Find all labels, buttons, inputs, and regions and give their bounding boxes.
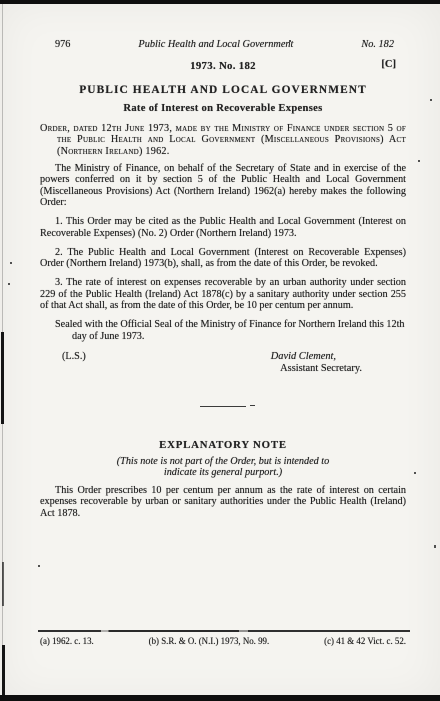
signature: David Clement, Assistant Secretary. <box>271 351 362 375</box>
article-2: 2. The Public Health and Local Governmen… <box>40 247 406 270</box>
document-number: 1973. No. 182 <box>190 60 256 72</box>
document-title: PUBLIC HEALTH AND LOCAL GOVERNMENT <box>40 85 406 96</box>
classification-mark: [C] <box>381 59 396 70</box>
footnote-c: (c) 41 & 42 Vict. c. 52. <box>324 636 406 646</box>
explanatory-note-body: This Order prescribes 10 per centum per … <box>40 485 406 519</box>
running-head-number: No. 182 <box>361 39 394 50</box>
article-3: 3. The rate of interest on expenses reco… <box>40 277 406 311</box>
footnote-b: (b) S.R. & O. (N.I.) 1973, No. 99. <box>149 636 270 646</box>
article-1: 1. This Order may be cited as the Public… <box>40 216 406 239</box>
preamble-paragraph: The Ministry of Finance, on behalf of th… <box>40 163 406 208</box>
running-head-title: Public Health and Local Government <box>138 39 293 50</box>
page-number: 976 <box>55 39 70 50</box>
footnotes: (a) 1962. c. 13. (b) S.R. & O. (N.I.) 19… <box>40 636 406 646</box>
scanned-document-page: 976 Public Health and Local Government N… <box>0 0 440 701</box>
document-subtitle: Rate of Interest on Recoverable Expenses <box>40 103 406 114</box>
explanatory-note-intro: (This note is not part of the Order, but… <box>40 456 406 479</box>
scan-speck <box>434 545 436 548</box>
document-number-row: 1973. No. 182 [C] <box>40 61 406 72</box>
scan-artifact-line <box>2 645 5 695</box>
explanatory-note-intro-line2: indicate its general purport.) <box>40 467 406 479</box>
signature-block: (L.S.) David Clement, Assistant Secretar… <box>40 351 406 375</box>
order-heading: Order, dated 12th June 1973, made by the… <box>40 123 406 157</box>
signatory-title: Assistant Secretary. <box>271 363 362 374</box>
footnote-a: (a) 1962. c. 13. <box>40 636 94 646</box>
sealing-clause: Sealed with the Official Seal of the Min… <box>40 319 406 342</box>
scan-artifact-line <box>2 562 4 606</box>
seal-mark: (L.S.) <box>62 351 86 375</box>
footnote-rule <box>38 630 410 632</box>
signatory-name: David Clement, <box>271 351 362 362</box>
explanatory-note-intro-line1: (This note is not part of the Order, but… <box>40 456 406 468</box>
explanatory-note-heading: EXPLANATORY NOTE <box>40 440 406 451</box>
scan-speck <box>38 565 40 567</box>
running-head: 976 Public Health and Local Government N… <box>40 39 406 50</box>
section-divider <box>200 406 246 407</box>
page-content: 976 Public Health and Local Government N… <box>0 0 440 519</box>
scan-edge-bottom <box>0 695 440 701</box>
